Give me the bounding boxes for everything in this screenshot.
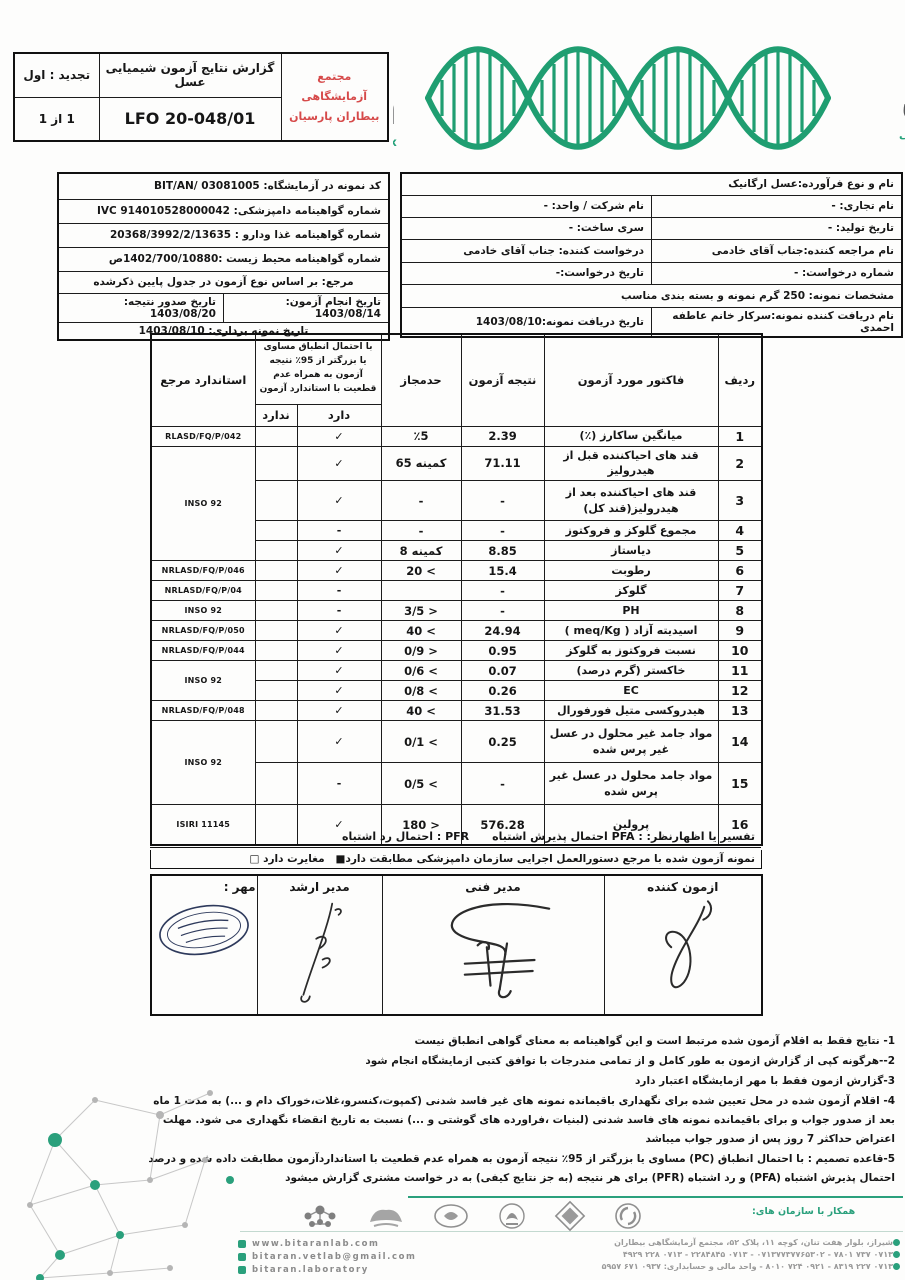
email-text: bitaran.vetlab@gmail.com (252, 1252, 416, 1262)
has-cell: ✓ (297, 721, 381, 763)
limit-cell: 0/5 < (381, 763, 461, 805)
standard-cell: INSO 92 (151, 721, 255, 805)
col-header-row-no: ردیف (718, 334, 762, 426)
footnote-1: 1- نتایج فقط به اقلام آزمون شده مرتبط اس… (135, 1032, 895, 1051)
standard-cell: NRLASD/FQ/P/044 (151, 641, 255, 661)
result-cell: 2.39 (461, 426, 544, 446)
has-cell: - (297, 521, 381, 541)
phone-icon (893, 1251, 900, 1258)
location-pin-icon (893, 1239, 900, 1246)
globe-icon (238, 1240, 246, 1248)
has-cell: - (297, 763, 381, 805)
hasnot-cell (255, 581, 297, 601)
instagram-icon (238, 1266, 246, 1274)
website-line: www.bitaranlab.com (238, 1238, 416, 1251)
has-cell: ✓ (297, 561, 381, 581)
factor-cell: قند های احیاکننده بعد از هیدرولیز(قند کل… (544, 481, 718, 521)
limit-cell: کمینه 8 (381, 541, 461, 561)
col-header-result: نتیجه آزمون (461, 334, 544, 426)
standard-cell: INSO 92 (151, 446, 255, 561)
lab-name-cell: مجتمع آزمایشگاهی بیطاران پارسیان (281, 53, 388, 141)
phones2-text: ۰۷۱۳ ۲۲۷ ۸۳۱۹ - ۰۹۲۱ ۷۲۴ ۸۰۱۰ - واحد مال… (602, 1262, 893, 1271)
hasnot-cell (255, 481, 297, 521)
row-no: 9 (718, 621, 762, 641)
row-no: 5 (718, 541, 762, 561)
hasnot-cell (255, 541, 297, 561)
factor-cell: مواد جامد محلول در عسل غیر پرس شده (544, 763, 718, 805)
row-no: 3 (718, 481, 762, 521)
has-cell: ✓ (297, 426, 381, 446)
factor-cell: اسیدیته آزاد ( meq/Kg ) (544, 621, 718, 641)
limit-cell: ٪5 (381, 426, 461, 446)
factor-cell: میانگین ساکارز (٪) (544, 426, 718, 446)
phones-line-1: ۰۷۱۳ ۷۳۷ ۷۸۰۱ - ۰۷۱۳۷۷۳۷۷۶۵۳۰۲ - ۰۷۱۳ ۲۲… (415, 1249, 903, 1261)
limit-cell: 0/9 > (381, 641, 461, 661)
col-header-hasnot: ندارد (255, 404, 297, 426)
product-name: نام و نوع فرآورده:عسل ارگانیک (401, 173, 902, 195)
contact-block-fa: شیراز، بلوار هفت تنان، کوچه ۱۱، پلاک ۵۲،… (415, 1237, 903, 1273)
senior-manager-cell: مدیر ارشد (257, 875, 382, 1015)
phones-line-2: ۰۷۱۳ ۲۲۷ ۸۳۱۹ - ۰۹۲۱ ۷۲۴ ۸۰۱۰ - واحد مال… (415, 1261, 903, 1273)
standard-cell: NRLASD/FQ/P/04 (151, 581, 255, 601)
partner-logo-emblem-icon (364, 1200, 408, 1232)
factor-cell: مجموع گلوکز و فروکتوز (544, 521, 718, 541)
row-no: 1 (718, 426, 762, 446)
website-text: www.bitaranlab.com (252, 1239, 380, 1249)
report-code: LFO 20-048/01 (99, 97, 281, 141)
has-cell: ✓ (297, 446, 381, 481)
partner-logo-jahad-icon (495, 1200, 529, 1232)
lab-report-page: مجتمع آزمایشگاهی بیطاران پارسیان گزارش ن… (0, 0, 905, 1280)
report-title: گزارش نتایج آزمون شیمیایی عسل (99, 53, 281, 97)
has-cell: ✓ (297, 701, 381, 721)
factor-cell: رطوبت (544, 561, 718, 581)
conformity-line: نمونه آزمون شده با مرجع دستورالعمل اجرای… (150, 850, 762, 869)
limit-cell: - (381, 521, 461, 541)
technical-manager-cell: مدیر فنی (382, 875, 604, 1015)
limit-cell: کمینه 65 (381, 446, 461, 481)
factor-cell: EC (544, 681, 718, 701)
tester-signature (610, 894, 760, 1004)
partner-logo-oval-org-icon (432, 1200, 470, 1232)
limit-cell: - (381, 481, 461, 521)
client-name: نام مراجعه کننده:جناب آقای خادمی (652, 239, 903, 262)
col-header-standard: استاندارد مرجع (151, 334, 255, 426)
reference-note: مرجع: بر اساس نوع آزمون در جدول پایین ذک… (58, 271, 389, 293)
factor-cell: خاکستر (گرم درصد) (544, 661, 718, 681)
col-header-has: دارد (297, 404, 381, 426)
partner-logos-row (300, 1200, 645, 1232)
logo-subtitle-fa: مجـتـمـع آزمـایـشـگـاهـی (899, 127, 905, 141)
result-cell: - (461, 581, 544, 601)
result-cell: 8.85 (461, 541, 544, 561)
production-date: تاریخ تولید: - (652, 217, 903, 239)
mobile-icon (893, 1263, 900, 1270)
hasnot-cell (255, 561, 297, 581)
hasnot-cell (255, 446, 297, 481)
hasnot-cell (255, 661, 297, 681)
limit-cell (381, 581, 461, 601)
factor-cell: مواد جامد غیر محلول در عسل غیر پرس شده (544, 721, 718, 763)
report-header-table: مجتمع آزمایشگاهی بیطاران پارسیان گزارش ن… (13, 52, 389, 142)
standard-cell: RLASD/FQ/P/042 (151, 426, 255, 446)
lab-name-line2: بیطاران پارسیان (283, 107, 387, 127)
email-icon (238, 1253, 246, 1261)
has-cell: ✓ (297, 541, 381, 561)
hasnot-cell (255, 601, 297, 621)
col-header-limit: حدمجاز (381, 334, 461, 426)
result-issue-date: تاریخ صدور نتیجه: 1403/08/20 (58, 293, 224, 322)
factor-cell: گلوکز (544, 581, 718, 601)
partners-label: همکار با سازمان های: (752, 1206, 902, 1217)
hasnot-cell (255, 621, 297, 641)
hasnot-cell (255, 721, 297, 763)
interpretation-line: تفسیر یا اظهارنظر: : PFA احتمال پذیرش اش… (150, 828, 761, 848)
technical-manager-label: مدیر فنی (384, 877, 603, 894)
stamp-cell: مهر : (151, 875, 257, 1015)
factor-cell: نسبت فروکتوز به گلوکز (544, 641, 718, 661)
col-header-factor: فاکتور مورد آزمون (544, 334, 718, 426)
limit-cell: 40 < (381, 621, 461, 641)
email-line: bitaran.vetlab@gmail.com (238, 1251, 416, 1264)
dna-helix-strands (428, 49, 828, 147)
result-cell: 0.07 (461, 661, 544, 681)
instagram-text: bitaran.laboratory (252, 1265, 369, 1275)
limit-cell: 3/5 > (381, 601, 461, 621)
result-cell: 24.94 (461, 621, 544, 641)
network-decoration (0, 1085, 250, 1280)
request-date: تاریخ درخواست:- (401, 262, 652, 284)
row-no: 12 (718, 681, 762, 701)
phones1-text: ۰۷۱۳ ۷۳۷ ۷۸۰۱ - ۰۷۱۳۷۷۳۷۷۶۵۳۰۲ - ۰۷۱۳ ۲۲… (623, 1250, 893, 1259)
limit-cell: 0/8 < (381, 681, 461, 701)
standard-cell: NRLASD/FQ/P/050 (151, 621, 255, 641)
batch-number: سری ساخت: - (401, 217, 652, 239)
revision-label: تجدید : اول (14, 53, 99, 97)
tester-cell: ازمون کننده (604, 875, 762, 1015)
factor-cell: هیدروکسی متیل فورفورال (544, 701, 718, 721)
vet-certificate: شماره گواهینامه دامپزشکی: IVC 9140105280… (58, 199, 389, 223)
row-no: 4 (718, 521, 762, 541)
has-cell: - (297, 581, 381, 601)
result-cell: 0.25 (461, 721, 544, 763)
partner-logo-diamond-icon (553, 1200, 587, 1232)
instagram-line: bitaran.laboratory (238, 1264, 416, 1277)
limit-cell: 20 < (381, 561, 461, 581)
has-cell: ✓ (297, 661, 381, 681)
food-certificate: شماره گواهینامه غذا ودارو : 20368/3992/2… (58, 223, 389, 247)
result-cell: 0.26 (461, 681, 544, 701)
limit-cell: 0/1 < (381, 721, 461, 763)
factor-cell: قند های احیاکننده قبل از هیدرولیز (544, 446, 718, 481)
result-cell: - (461, 601, 544, 621)
hasnot-cell (255, 521, 297, 541)
row-no: 14 (718, 721, 762, 763)
standard-cell: INSO 92 (151, 601, 255, 621)
standard-cell: NRLASD/FQ/P/048 (151, 701, 255, 721)
standard-cell: NRLASD/FQ/P/046 (151, 561, 255, 581)
lab-stamp (152, 894, 256, 966)
factor-cell: PH (544, 601, 718, 621)
result-cell: - (461, 481, 544, 521)
col-header-criteria: با احتمال انطباق مساوی یا بزرگتر از 95٪ … (255, 334, 381, 404)
hasnot-cell (255, 641, 297, 661)
stamp-label: مهر : (153, 877, 256, 894)
sample-spec: مشخصات نمونه: 250 گرم نمونه و بسته بندی … (401, 284, 902, 307)
senior-manager-label: مدیر ارشد (259, 877, 381, 894)
row-no: 7 (718, 581, 762, 601)
limit-cell: 0/6 < (381, 661, 461, 681)
row-no: 13 (718, 701, 762, 721)
row-no: 2 (718, 446, 762, 481)
hasnot-cell (255, 426, 297, 446)
row-no: 8 (718, 601, 762, 621)
logo-name-en: Bitaran (393, 85, 397, 135)
company-name: نام شرکت / واحد: - (401, 195, 652, 217)
address-line: شیراز، بلوار هفت تنان، کوچه ۱۱، پلاک ۵۲،… (415, 1237, 903, 1249)
sample-info-table: نام و نوع فرآورده:عسل ارگانیک نام تجاری:… (400, 172, 903, 338)
limit-cell: 40 < (381, 701, 461, 721)
factor-cell: دیاستاز (544, 541, 718, 561)
env-certificate: شماره گواهینامه محیط زیست :1402/700/1088… (58, 247, 389, 271)
signatures-table: ازمون کننده مدیر فنی (150, 874, 763, 1016)
hasnot-cell (255, 701, 297, 721)
results-table: ردیف فاکتور مورد آزمون نتیجه آزمون حدمجا… (150, 333, 763, 846)
hasnot-cell (255, 681, 297, 701)
logo-subtitle-en: Laboratory Complex (393, 135, 400, 149)
standard-cell: INSO 92 (151, 661, 255, 701)
partner-logo-recycle-icon (611, 1200, 645, 1232)
has-cell: ✓ (297, 681, 381, 701)
has-cell: ✓ (297, 621, 381, 641)
request-number: شماره درخواست: - (652, 262, 903, 284)
result-cell: - (461, 521, 544, 541)
result-cell: 71.11 (461, 446, 544, 481)
tester-label: ازمون کننده (606, 877, 761, 894)
row-no: 6 (718, 561, 762, 581)
technical-manager-signature (389, 894, 603, 1004)
row-no: 10 (718, 641, 762, 661)
partner-logo-molecule-icon (300, 1200, 340, 1232)
row-no: 11 (718, 661, 762, 681)
result-cell: - (461, 763, 544, 805)
result-cell: 15.4 (461, 561, 544, 581)
contact-block-en: www.bitaranlab.com bitaran.vetlab@gmail.… (238, 1238, 416, 1277)
logo-name-fa: بیـطاران (901, 75, 905, 124)
has-cell: ✓ (297, 481, 381, 521)
requester-name: درخواست کننده: جناب آقای خادمی (401, 239, 652, 262)
has-cell: ✓ (297, 641, 381, 661)
hasnot-cell (255, 763, 297, 805)
footnote-2: 2--هرگونه کپی از گزارش ازمون به طور کامل… (135, 1052, 895, 1071)
address-text: شیراز، بلوار هفت تنان، کوچه ۱۱، پلاک ۵۲،… (614, 1238, 893, 1247)
senior-manager-signature (261, 894, 381, 1006)
lab-certificates-table: کد نمونه در آزمایشگاه: BIT/AN/ 03081005 … (57, 172, 390, 341)
lab-sample-code: کد نمونه در آزمایشگاه: BIT/AN/ 03081005 (58, 173, 389, 199)
test-date: تاریخ انجام آزمون: 1403/08/14 (224, 293, 390, 322)
footer-top-rule (408, 1196, 903, 1198)
has-cell: - (297, 601, 381, 621)
trade-name: نام تجاری: - (652, 195, 903, 217)
result-cell: 31.53 (461, 701, 544, 721)
bitaran-logo: Bitaran Laboratory Complex بیـطاران مجـت… (393, 20, 905, 158)
result-cell: 0.95 (461, 641, 544, 661)
page-number: 1 از 1 (14, 97, 99, 141)
lab-name-line1: مجتمع آزمایشگاهی (283, 67, 387, 107)
row-no: 15 (718, 763, 762, 805)
